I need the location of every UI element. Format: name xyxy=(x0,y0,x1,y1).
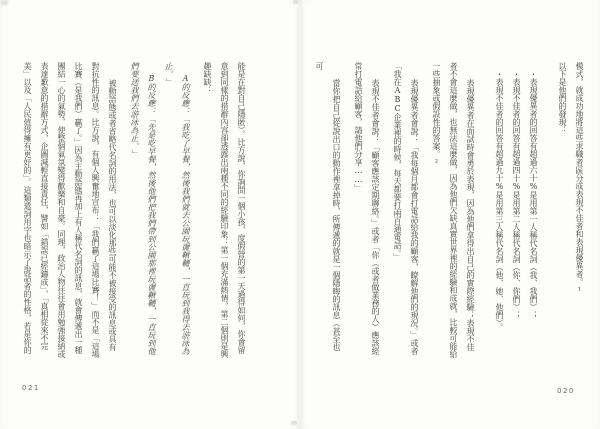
paragraph-findings-intro: 以下是他們的發現： xyxy=(554,62,571,358)
book-spread-scan: 模式，就成功地將這些求職者區分成表現不佳者和表現優異者。¹ 以下是他們的發現： … xyxy=(0,0,600,429)
quote-response-b: B的反應：「先是吃早餐，然後他們把我們帶到公園那裡玩盪鞦韆，一直玩到他們要送我們… xyxy=(126,62,160,358)
bullet-item: ・表現不佳者的回答有超過四十%是用第二人稱代名詞（你、你們）； xyxy=(508,62,525,358)
scan-artifact xyxy=(291,421,297,425)
page-021-text-block: 能是在對自己隱匿）。比方說，你詢問一個小孩，度假營的第一天過得如何，你會留意到同… xyxy=(20,62,250,358)
paragraph-body: 表現優異者會說：「我每個月都會打電話給我的顧客，瞭解他們的現況。」或者「我在AB… xyxy=(389,62,423,358)
page-gutter-shadow xyxy=(296,0,304,429)
scan-artifact xyxy=(1,0,8,5)
paragraph-continuation: 能是在對自己隱匿）。比方說，你詢問一個小孩，度假營的第一天過得如何，你會留意到同… xyxy=(199,62,250,358)
paragraph-continuation: 模式，就成功地將這些求職者區分成表現不佳者和表現優異者。¹ xyxy=(571,62,588,358)
page-number-021: 021 xyxy=(22,384,40,392)
paragraph-body: 被動語態或者省略代名詞的用法，也可以淡化那些可能不被接受的訊息或具有對抗性的訊息… xyxy=(20,62,121,358)
paragraph-body: 當你把自己從說出口的動作裡拿掉時，所傳遞的就是一個隱晦的訊息（甚至也可 xyxy=(311,62,345,358)
quote-response-a: A的反應：「我吃了早餐，然後我們就去公園玩盪鞦韆，一直玩到我得去游泳為止。」 xyxy=(160,62,194,358)
bullet-item: ・表現優異者的回答有超過六十%是用第一人稱代名詞（我、我們）； xyxy=(525,62,542,358)
bullet-item: ・表現不佳者的回答有超過九十%是用第三人稱代名詞（他、她、他們）。 xyxy=(491,62,508,358)
scan-artifact xyxy=(293,0,298,4)
page-020-text-block: 模式，就成功地將這些求職者區分成表現不佳者和表現優異者。¹ 以下是他們的發現： … xyxy=(310,62,588,358)
paragraph-body: 表現不佳者會說：「顧客應該定期聯絡。」或者「你（或者做業務的人）應該經常打電話給… xyxy=(350,62,384,358)
paragraph-body: 表現優異者在面試時會勇於表現，因為他們拿得出自己的實際經驗；表現不佳者不會這麼做… xyxy=(428,62,479,358)
page-number-020: 020 xyxy=(557,387,575,395)
